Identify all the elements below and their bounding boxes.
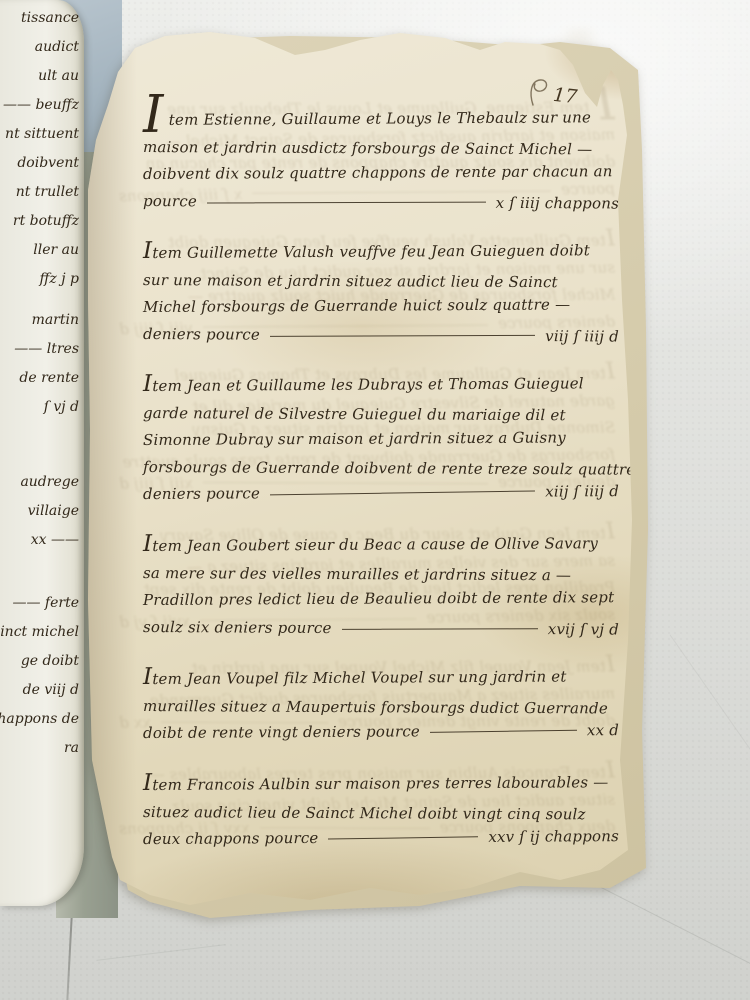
item-initial: I (143, 664, 152, 690)
tally-dash (342, 628, 538, 630)
tally-dash (328, 836, 478, 839)
entry-line: Simonne Dubray sur maison et jardrin sit… (143, 424, 623, 454)
pource-text: doibt de rente vingt deniers pource (143, 718, 420, 747)
manuscript-page: 17 Item Estienne, Guillaume et Louys le … (85, 25, 663, 917)
entry-line: deniers pourceviij ſ iiij d (143, 321, 623, 351)
tally-dash (430, 730, 577, 733)
entry-line: doibvent dix soulz quattre chappons de r… (143, 158, 623, 188)
amount-label: xx d (587, 717, 623, 744)
rent-entry: Item Jean Goubert sieur du Beac a cause … (143, 533, 623, 641)
item-initial: I (143, 106, 164, 124)
manuscript-leaf-wrap: 17 Item Estienne, Guillaume et Louys le … (0, 0, 750, 1000)
amount-label: x ſ iiij chappons (496, 190, 623, 218)
rent-entry: Item Estienne, Guillaume et Louys le The… (143, 99, 623, 215)
tally-dash (270, 490, 535, 495)
rent-entry: Item Jean Voupel filz Michel Voupel sur … (143, 666, 623, 747)
entry-line: deniers pourcexiij ſ iiij d (143, 478, 623, 508)
entry-line: Item Guillemette Valush veuffve feu Jean… (143, 237, 623, 267)
entry-line: deux chappons pourcexxv ſ ij chappons (143, 823, 623, 853)
entry-line: Item Francois Aulbin sur maison pres ter… (143, 769, 623, 799)
entry-line: Item Jean Voupel filz Michel Voupel sur … (143, 663, 623, 693)
tally-dash (270, 335, 535, 337)
amount-label: xiij ſ iiij d (545, 478, 623, 505)
item-initial: I (143, 238, 152, 264)
text-area: Item Estienne, Guillaume et Louys le The… (85, 25, 663, 853)
item-initial: I (143, 531, 152, 557)
rent-entry: Item Jean et Guillaume les Dubrays et Th… (143, 373, 623, 508)
entry-line: Item Jean Goubert sieur du Beac a cause … (143, 530, 623, 560)
tally-dash (207, 202, 486, 204)
rent-entry: Item Guillemette Valush veuffve feu Jean… (143, 240, 623, 348)
entry-line: soulz six deniers pourcexvij ſ vj d (143, 614, 623, 644)
amount-label: xvij ſ vj d (548, 616, 623, 643)
entry-line: pourcex ſ iiij chappons (143, 188, 623, 218)
entry-line: Item Estienne, Guillaume et Louys le The… (143, 96, 623, 134)
pource-text: deniers pource (143, 321, 260, 349)
entry-line: doibt de rente vingt deniers pourcexx d (143, 717, 623, 747)
rent-entries: Item Estienne, Guillaume et Louys le The… (143, 99, 623, 853)
rent-entry: Item Francois Aulbin sur maison pres ter… (143, 772, 623, 853)
item-initial: I (143, 371, 152, 397)
pource-text: pource (143, 188, 197, 215)
entry-line: Pradillon pres ledict lieu de Beaulieu d… (143, 584, 623, 614)
pource-text: deux chappons pource (143, 825, 319, 853)
entry-line: Michel forsbourgs de Guerrande huict sou… (143, 291, 623, 321)
photo-canvas: { "colors": { "ink": "#32281a", "paper":… (0, 0, 750, 1000)
entry-line: Item Jean et Guillaume les Dubrays et Th… (143, 370, 623, 400)
pource-text: soulz six deniers pource (143, 614, 332, 642)
amount-label: xxv ſ ij chappons (488, 823, 623, 851)
pource-text: deniers pource (143, 480, 260, 508)
item-initial: I (143, 770, 152, 796)
amount-label: viij ſ iiij d (545, 323, 623, 350)
